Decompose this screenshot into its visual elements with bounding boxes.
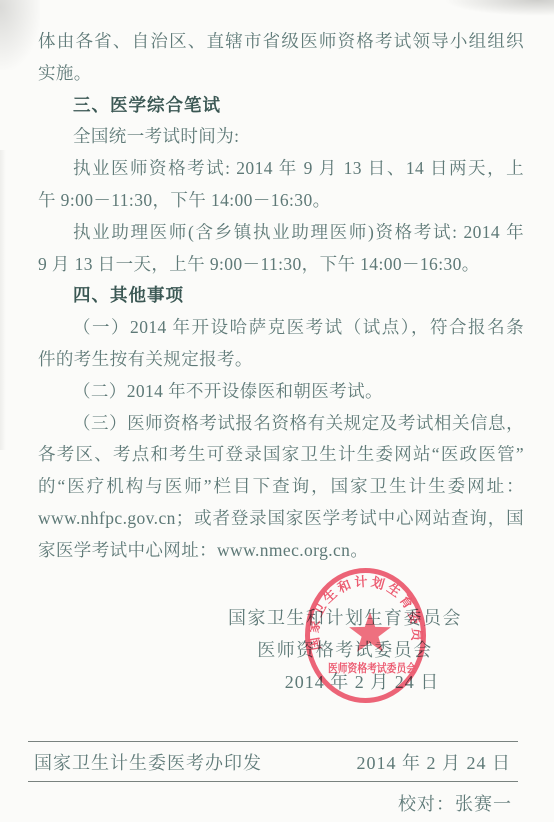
- section-heading-4: 四、其他事项: [38, 280, 524, 312]
- footer-date: 2014 年 2 月 24 日: [357, 749, 512, 775]
- seal-star-icon: [349, 612, 391, 652]
- scan-shade: [0, 150, 6, 450]
- document-footer: 国家卫生计生委医考办印发 2014 年 2 月 24 日 校对：张赛一: [28, 741, 518, 816]
- body-line: 实施。: [38, 58, 524, 90]
- scan-shade: [444, 0, 554, 16]
- scanned-document-page: 体由各省、自治区、直辖市省级医师资格考试领导小组组织 实施。 三、医学综合笔试 …: [0, 0, 554, 822]
- footer-issuer: 国家卫生计生委医考办印发: [34, 749, 262, 775]
- body-line: 体由各省、自治区、直辖市省级医师资格考试领导小组组织: [38, 26, 524, 58]
- body-line: （二）2014 年不开设傣医和朝医考试。: [38, 376, 524, 408]
- official-red-seal: 国家卫生和计划生育委员会 医师资格考试委员会: [303, 566, 428, 705]
- footer-proofreader: 校对：张赛一: [28, 782, 518, 816]
- body-line: www.nhfpc.gov.cn；或者登录国家医学考试中心网站查询，国: [38, 503, 524, 535]
- body-line: 的“医疗机构与医师”栏目下查询，国家卫生计生委网址：: [38, 471, 524, 503]
- body-line: 执业医师资格考试: 2014 年 9 月 13 日、14 日两天，上: [38, 153, 524, 185]
- footer-rule-row: 国家卫生计生委医考办印发 2014 年 2 月 24 日: [28, 741, 518, 782]
- body-line: 午 9:00－11:30，下午 14:00－16:30。: [38, 185, 524, 217]
- document-body: 体由各省、自治区、直辖市省级医师资格考试领导小组组织 实施。 三、医学综合笔试 …: [38, 26, 524, 567]
- body-line: 全国统一考试时间为:: [38, 121, 524, 153]
- body-line: （一）2014 年开设哈萨克医考试（试点），符合报名条: [38, 312, 524, 344]
- section-heading-3: 三、医学综合笔试: [38, 90, 524, 122]
- scan-shade: [0, 0, 40, 70]
- body-line: 执业助理医师(含乡镇执业助理医师)资格考试: 2014 年: [38, 217, 524, 249]
- body-line: 家医学考试中心网址：www.nmec.org.cn。: [38, 535, 524, 567]
- body-line: 各考区、考点和考生可登录国家卫生计生委网站“医政医管”: [38, 439, 524, 471]
- body-line: 件的考生按有关规定报考。: [38, 344, 524, 376]
- body-line: 9 月 13 日一天，上午 9:00－11:30，下午 14:00－16:30。: [38, 249, 524, 281]
- body-line: （三）医师资格考试报名资格有关规定及考试相关信息，: [38, 408, 524, 440]
- seal-bottom-text: 医师资格考试委员会: [328, 661, 416, 675]
